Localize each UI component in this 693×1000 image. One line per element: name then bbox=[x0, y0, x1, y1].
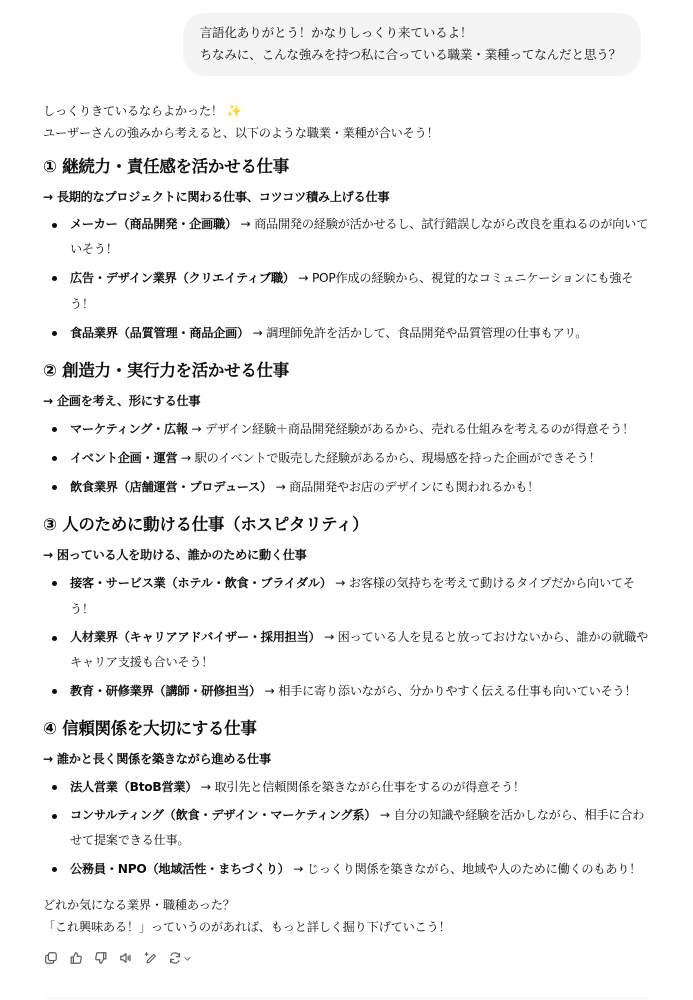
item-label: 公務員・NPO（地域活性・まちづくり） bbox=[70, 862, 290, 876]
item-label: 法人営業（BtoB営業） bbox=[70, 780, 197, 794]
section-list: 接客・サービス業（ホテル・飲食・ブライダル） → お客様の気持ちを考えて動けるタ… bbox=[43, 570, 653, 704]
thumbs-up-button[interactable] bbox=[68, 950, 84, 966]
list-item: 広告・デザイン業界（クリエイティブ職） → POP作成の経験から、視覚的なコミュ… bbox=[43, 265, 653, 317]
intro-line: ユーザーさんの強みから考えると、以下のような職業・業種が合いそう！ bbox=[43, 122, 653, 144]
thumbs-down-icon bbox=[94, 951, 108, 965]
regenerate-button[interactable] bbox=[168, 950, 192, 966]
item-label: 広告・デザイン業界（クリエイティブ職） bbox=[70, 271, 295, 285]
section-1: ① 継続力・責任感を活かせる仕事 → 長期的なプロジェクトに関わる仕事、コツコツ… bbox=[43, 154, 653, 346]
section-title: ① 継続力・責任感を活かせる仕事 bbox=[43, 154, 653, 180]
thumbs-down-button[interactable] bbox=[93, 950, 109, 966]
section-list: メーカー（商品開発・企画職） → 商品開発の経験が活かせるし、試行錯誤しながら改… bbox=[43, 212, 653, 346]
bullet-icon bbox=[52, 331, 57, 336]
item-label: メーカー（商品開発・企画職） bbox=[70, 217, 237, 231]
item-label: マーケティング・広報 bbox=[70, 422, 188, 436]
copy-icon bbox=[44, 951, 58, 965]
list-item: 教育・研修業界（講師・研修担当） → 相手に寄り添いながら、分かりやすく伝える仕… bbox=[43, 678, 653, 704]
section-title: ② 創造力・実行力を活かせる仕事 bbox=[43, 358, 653, 384]
item-label: 飲食業界（店舗運営・プロデュース） bbox=[70, 480, 272, 494]
section-list: マーケティング・広報 → デザイン経験＋商品開発経験があるから、売れる仕組みを考… bbox=[43, 416, 653, 500]
list-item: 人材業界（キャリアアドバイザー・採用担当） → 困っている人を見ると放っておけな… bbox=[43, 625, 653, 675]
item-text: → じっくり関係を築きながら、地域や人のために働くのもあり！ bbox=[290, 862, 641, 876]
list-item: 接客・サービス業（ホテル・飲食・ブライダル） → お客様の気持ちを考えて動けるタ… bbox=[43, 570, 653, 622]
list-item: 法人営業（BtoB営業） → 取引先と信頼関係を築きながら仕事をするのが得意そう… bbox=[43, 774, 653, 800]
chevron-down-icon bbox=[183, 954, 192, 963]
bullet-icon bbox=[52, 223, 57, 228]
list-item: 飲食業界（店舗運営・プロデュース） → 商品開発やお店のデザインにも関われるかも… bbox=[43, 474, 653, 500]
bullet-icon bbox=[52, 814, 57, 819]
message-action-bar bbox=[43, 950, 653, 966]
bullet-icon bbox=[52, 785, 57, 790]
bullet-icon bbox=[52, 485, 57, 490]
divider bbox=[46, 998, 647, 999]
assistant-message: しっくりきているならよかった！ ✨ ユーザーさんの強みから考えると、以下のような… bbox=[43, 100, 653, 966]
bullet-icon bbox=[52, 689, 57, 694]
user-message-row: 言語化ありがとう！かなりしっくり来ているよ！ ちなみに、こんな強みを持つ私に合っ… bbox=[183, 13, 641, 76]
outro-line: 「これ興味ある！」っていうのがあれば、もっと詳しく掘り下げていこう！ bbox=[43, 916, 653, 938]
outro-line: どれか気になる業界・職種あった？ bbox=[43, 894, 653, 916]
assistant-intro: しっくりきているならよかった！ ✨ ユーザーさんの強みから考えると、以下のような… bbox=[43, 100, 653, 144]
item-text: → 商品開発やお店のデザインにも関われるかも！ bbox=[272, 480, 539, 494]
regenerate-icon bbox=[168, 951, 182, 965]
bullet-icon bbox=[52, 581, 57, 586]
user-message-bubble: 言語化ありがとう！かなりしっくり来ているよ！ ちなみに、こんな強みを持つ私に合っ… bbox=[183, 13, 641, 76]
item-text: → デザイン経験＋商品開発経験があるから、売れる仕組みを考えるのが得意そう！ bbox=[188, 422, 634, 436]
item-label: イベント企画・運営 bbox=[70, 451, 177, 465]
edit-canvas-icon bbox=[144, 951, 158, 965]
read-aloud-button[interactable] bbox=[118, 950, 134, 966]
edit-button[interactable] bbox=[143, 950, 159, 966]
bullet-icon bbox=[52, 636, 57, 641]
bullet-icon bbox=[52, 456, 57, 461]
list-item: メーカー（商品開発・企画職） → 商品開発の経験が活かせるし、試行錯誤しながら改… bbox=[43, 212, 653, 262]
thumbs-up-icon bbox=[69, 951, 83, 965]
assistant-outro: どれか気になる業界・職種あった？ 「これ興味ある！」っていうのがあれば、もっと詳… bbox=[43, 894, 653, 938]
item-label: 人材業界（キャリアアドバイザー・採用担当） bbox=[70, 630, 320, 644]
item-text: → 駅のイベントで販売した経験があるから、現場感を持った企画ができそう！ bbox=[177, 451, 600, 465]
section-2: ② 創造力・実行力を活かせる仕事 → 企画を考え、形にする仕事 マーケティング・… bbox=[43, 358, 653, 500]
list-item: 食品業界（品質管理・商品企画） → 調理師免許を活かして、食品開発や品質管理の仕… bbox=[43, 320, 653, 346]
section-title: ④ 信頼関係を大切にする仕事 bbox=[43, 716, 653, 742]
user-message-line: 言語化ありがとう！かなりしっくり来ているよ！ bbox=[200, 22, 621, 44]
item-text: → 相手に寄り添いながら、分かりやすく伝える仕事も向いていそう！ bbox=[261, 684, 636, 698]
item-label: 教育・研修業界（講師・研修担当） bbox=[70, 684, 261, 698]
item-label: 食品業界（品質管理・商品企画） bbox=[70, 326, 249, 340]
section-list: 法人営業（BtoB営業） → 取引先と信頼関係を築きながら仕事をするのが得意そう… bbox=[43, 774, 653, 882]
section-subtitle: → 長期的なプロジェクトに関わる仕事、コツコツ積み上げる仕事 bbox=[43, 186, 653, 208]
user-message-line: ちなみに、こんな強みを持つ私に合っている職業・業種ってなんだと思う？ bbox=[200, 44, 621, 66]
intro-line: しっくりきているならよかった！ ✨ bbox=[43, 100, 653, 122]
section-3: ③ 人のために動ける仕事（ホスピタリティ） → 困っている人を助ける、誰かのため… bbox=[43, 512, 653, 704]
section-subtitle: → 誰かと長く関係を築きながら進める仕事 bbox=[43, 748, 653, 770]
section-subtitle: → 企画を考え、形にする仕事 bbox=[43, 390, 653, 412]
copy-button[interactable] bbox=[43, 950, 59, 966]
section-4: ④ 信頼関係を大切にする仕事 → 誰かと長く関係を築きながら進める仕事 法人営業… bbox=[43, 716, 653, 882]
section-subtitle: → 困っている人を助ける、誰かのために動く仕事 bbox=[43, 544, 653, 566]
item-text: → 取引先と信頼関係を築きながら仕事をするのが得意そう！ bbox=[197, 780, 525, 794]
item-label: 接客・サービス業（ホテル・飲食・ブライダル） bbox=[70, 576, 332, 590]
list-item: マーケティング・広報 → デザイン経験＋商品開発経験があるから、売れる仕組みを考… bbox=[43, 416, 653, 442]
list-item: イベント企画・運営 → 駅のイベントで販売した経験があるから、現場感を持った企画… bbox=[43, 445, 653, 471]
bullet-icon bbox=[52, 276, 57, 281]
list-item: 公務員・NPO（地域活性・まちづくり） → じっくり関係を築きながら、地域や人の… bbox=[43, 856, 653, 882]
item-label: コンサルティング（飲食・デザイン・マーケティング系） bbox=[70, 808, 376, 822]
bullet-icon bbox=[52, 867, 57, 872]
bullet-icon bbox=[52, 427, 57, 432]
speaker-icon bbox=[119, 951, 133, 965]
list-item: コンサルティング（飲食・デザイン・マーケティング系） → 自分の知識や経験を活か… bbox=[43, 803, 653, 853]
item-text: → 調理師免許を活かして、食品開発や品質管理の仕事もアリ。 bbox=[249, 326, 587, 340]
section-title: ③ 人のために動ける仕事（ホスピタリティ） bbox=[43, 512, 653, 538]
